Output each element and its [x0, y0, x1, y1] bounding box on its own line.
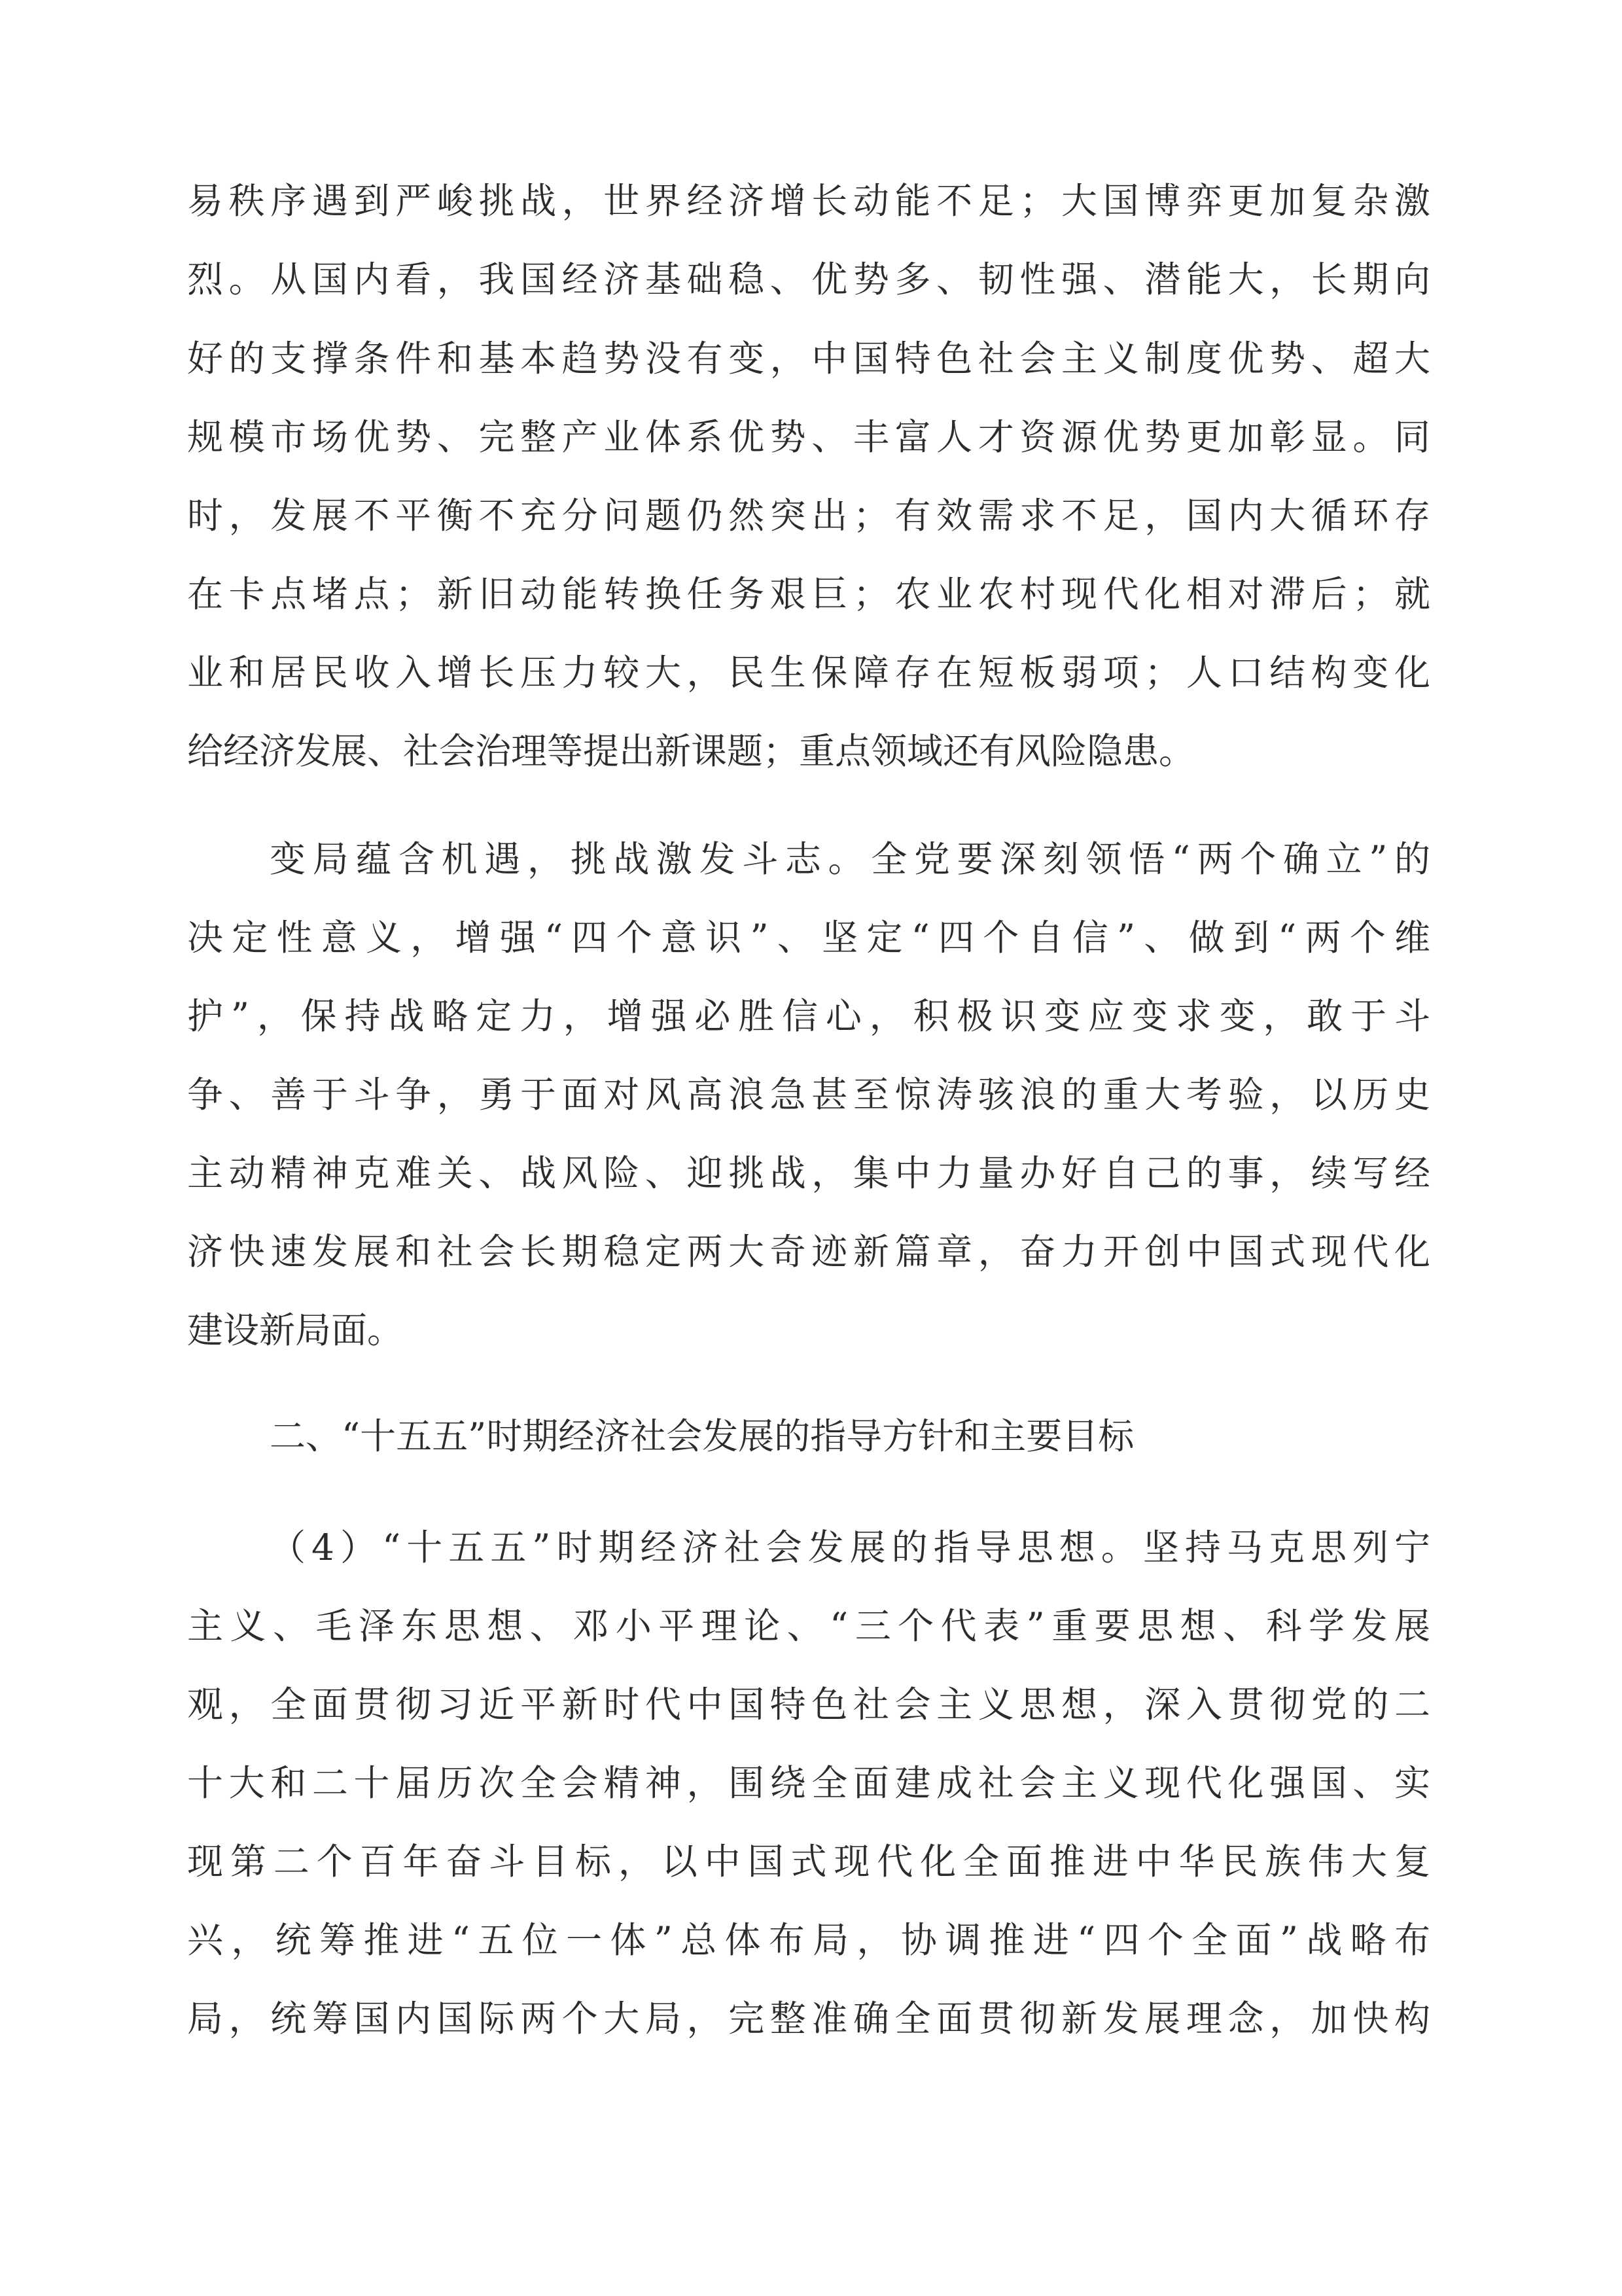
text-line: 在卡点堵点；新旧动能转换任务艰巨；农业农村现代化相对滞后；就: [187, 565, 1430, 624]
text-line: 建设新局面。: [187, 1301, 1430, 1360]
text-line: 易秩序遇到严峻挑战，世界经济增长动能不足；大国博弈更加复杂激: [187, 171, 1430, 230]
text-line: 主义、毛泽东思想、邓小平理论、“三个代表”重要思想、科学发展: [187, 1597, 1430, 1655]
text-line: 济快速发展和社会长期稳定两大奇迹新篇章，奋力开创中国式现代化: [187, 1222, 1430, 1281]
text-line: 局，统筹国内国际两个大局，完整准确全面贯彻新发展理念，加快构: [187, 1989, 1430, 2048]
section-heading: 二、“十五五”时期经济社会发展的指导方针和主要目标: [270, 1407, 1134, 1466]
text-line: 规模市场优势、完整产业体系优势、丰富人才资源优势更加彰显。同: [187, 408, 1430, 467]
text-line: 决定性意义，增强“四个意识”、坚定“四个自信”、做到“两个维: [187, 908, 1430, 967]
document-page: 易秩序遇到严峻挑战，世界经济增长动能不足；大国博弈更加复杂激 烈。从国内看，我国…: [0, 0, 1622, 2296]
text-line: 好的支撑条件和基本趋势没有变，中国特色社会主义制度优势、超大: [187, 329, 1430, 388]
text-line: 十大和二十届历次全会精神，围绕全面建成社会主义现代化强国、实: [187, 1754, 1430, 1812]
text-line: 烈。从国内看，我国经济基础稳、优势多、韧性强、潜能大，长期向: [187, 250, 1430, 309]
text-line: 给经济发展、社会治理等提出新课题；重点领域还有风险隐患。: [187, 722, 1430, 781]
text-line: 时，发展不平衡不充分问题仍然突出；有效需求不足，国内大循环存: [187, 486, 1430, 545]
text-line: （4）“十五五”时期经济社会发展的指导思想。坚持马克思列宁: [270, 1518, 1430, 1577]
text-line: 护”，保持战略定力，增强必胜信心，积极识变应变求变，敢于斗: [187, 987, 1430, 1046]
text-line: 变局蕴含机遇，挑战激发斗志。全党要深刻领悟“两个确立”的: [270, 830, 1430, 889]
text-line: 主动精神克难关、战风险、迎挑战，集中力量办好自己的事，续写经: [187, 1144, 1430, 1203]
text-line: 争、善于斗争，勇于面对风高浪急甚至惊涛骇浪的重大考验，以历史: [187, 1065, 1430, 1124]
text-line: 业和居民收入增长压力较大，民生保障存在短板弱项；人口结构变化: [187, 643, 1430, 702]
text-line: 兴，统筹推进“五位一体”总体布局，协调推进“四个全面”战略布: [187, 1911, 1430, 1969]
text-line: 观，全面贯彻习近平新时代中国特色社会主义思想，深入贯彻党的二: [187, 1675, 1430, 1734]
text-line: 现第二个百年奋斗目标，以中国式现代化全面推进中华民族伟大复: [187, 1832, 1430, 1891]
